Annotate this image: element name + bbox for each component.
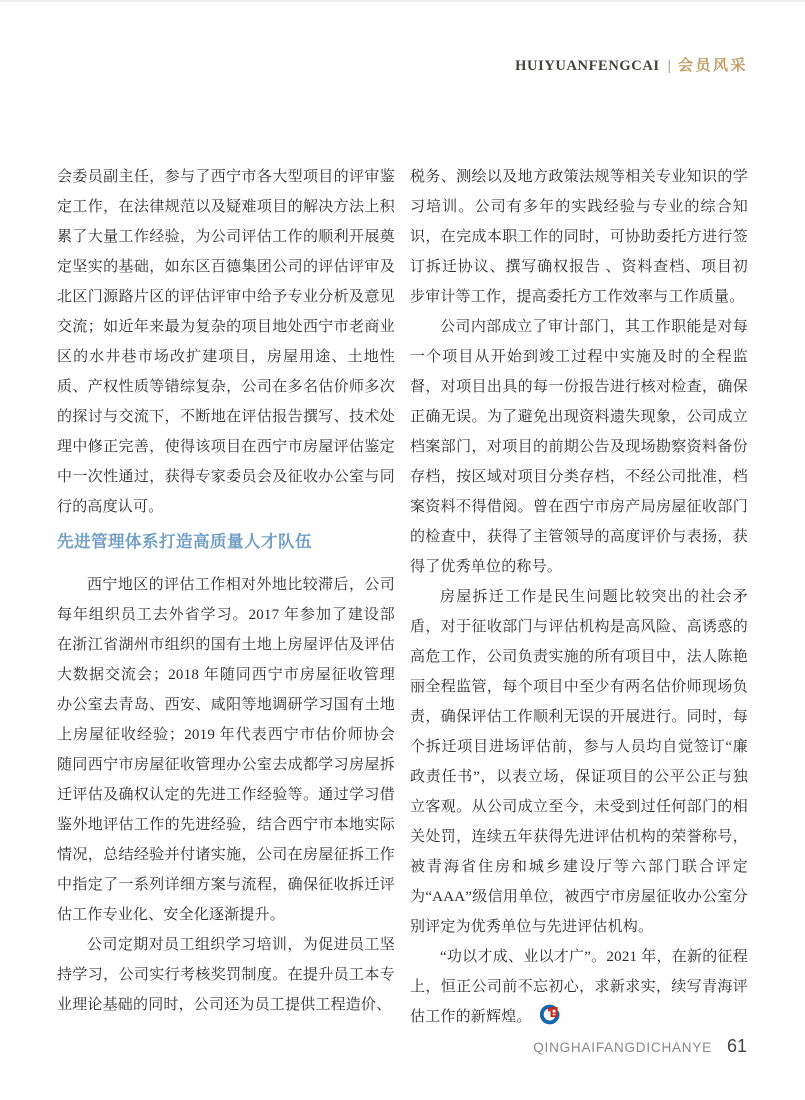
article-body: 会委员副主任，参与了西宁市各大型项目的评审鉴定工作，在法律规范以及疑难项目的解决…: [57, 162, 748, 1032]
paragraph-training: 公司定期对员工组织学习培训，为促进员工坚持学习，公司实行考核奖罚制度。在提升员工…: [57, 930, 395, 1020]
paragraph-study: 西宁地区的评估工作相对外地比较滞后，公司每年组织员工去外省学习。2017 年参加…: [57, 570, 395, 930]
paragraph-demolition: 房屋拆迁工作是民生问题比较突出的社会矛盾，对于征收部门与评估机构是高风险、高诱惑…: [410, 582, 748, 942]
paragraph-training-continuation: 税务、测绘以及地方政策法规等相关专业知识的学习培训。公司有多年的实践经验与专业的…: [410, 162, 748, 312]
magazine-page: HUIYUANFENGCAI | 会员风采 会委员副主任，参与了西宁市各大型项目…: [0, 0, 805, 1100]
left-column: 会委员副主任，参与了西宁市各大型项目的评审鉴定工作，在法律规范以及疑难项目的解决…: [57, 162, 395, 1032]
page-header: HUIYUANFENGCAI | 会员风采: [515, 54, 748, 75]
paragraph-audit: 公司内部成立了审计部门，其工作职能是对每一个项目从开始到竣工过程中实施及时的全程…: [410, 312, 748, 582]
closing-text: “功以才成、业以才广”。2021 年，在新的征程上，恒正公司前不忘初心，求新求实…: [410, 949, 748, 1025]
header-journal-title: HUIYUANFENGCAI: [515, 58, 660, 75]
footer-journal-name: QINGHAIFANGDICHANYE: [533, 1040, 712, 1055]
paragraph-continuation: 会委员副主任，参与了西宁市各大型项目的评审鉴定工作，在法律规范以及疑难项目的解决…: [57, 162, 395, 522]
right-column: 税务、测绘以及地方政策法规等相关专业知识的学习培训。公司有多年的实践经验与专业的…: [410, 162, 748, 1032]
page-footer: QINGHAIFANGDICHANYE 61: [533, 1036, 747, 1057]
magazine-emblem-logo: [540, 1004, 561, 1025]
section-heading: 先进管理体系打造高质量人才队伍: [57, 530, 395, 554]
header-section-title: 会员风采: [678, 54, 748, 75]
page-number: 61: [727, 1036, 747, 1057]
paragraph-closing: “功以才成、业以才广”。2021 年，在新的征程上，恒正公司前不忘初心，求新求实…: [410, 942, 748, 1032]
header-divider: |: [668, 58, 671, 75]
